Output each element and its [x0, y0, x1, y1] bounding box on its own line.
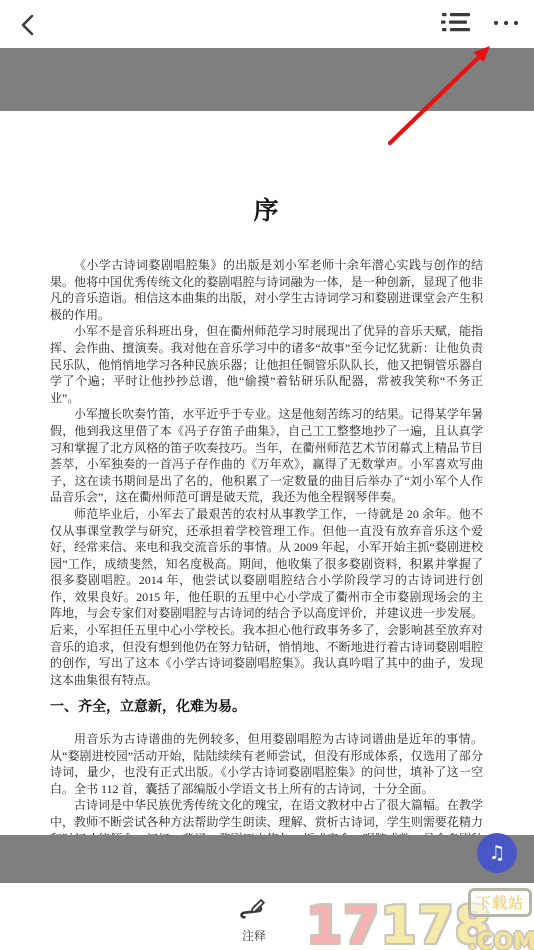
paragraph: 《小学古诗词婺剧唱腔集》的出版是刘小军老师十余年潜心实践与创作的结果。他将中国优…: [50, 257, 483, 323]
watermark-numbers: 17178: [306, 900, 492, 950]
music-note-icon: ♫: [488, 844, 505, 863]
document-page[interactable]: 序 《小学古诗词婺剧唱腔集》的出版是刘小军老师十余年潜心实践与创作的结果。他将中…: [0, 111, 534, 835]
paragraph: 古诗词是中华民族优秀传统文化的瑰宝，在语文教材中占了很大篇幅。在教学中，教师不断…: [50, 797, 483, 835]
contents-button[interactable]: [440, 8, 472, 40]
top-toolbar: [0, 0, 534, 48]
list-icon: [441, 10, 471, 39]
pen-signature-icon: [239, 908, 269, 925]
page-margin-top: [0, 48, 534, 111]
watermark-17178: 17178 下载站 .COM: [300, 886, 534, 950]
back-button[interactable]: [18, 13, 42, 37]
annotate-label: 注释: [229, 927, 279, 944]
document-body: 《小学古诗词婺剧唱腔集》的出版是刘小军老师十余年潜心实践与创作的结果。他将中国优…: [50, 257, 483, 835]
paragraph: 用音乐为古诗谱曲的先例较多，但用婺剧唱腔为古诗词谱曲是近年的事情。从“婺剧进校园…: [50, 731, 483, 797]
paragraph: 小军不是音乐科班出身，但在衢州师范学习时展现出了优异的音乐天赋，能指挥、会作曲、…: [50, 323, 483, 406]
bottom-toolbar: 注释 17178 下载站 .COM: [0, 883, 534, 950]
watermark-number-pink: 17: [306, 896, 380, 950]
document-title: 序: [0, 191, 534, 227]
more-menu-button[interactable]: [490, 8, 522, 40]
topbar-actions: [440, 0, 522, 48]
watermark-badge: 下载站: [468, 888, 532, 917]
ellipsis-icon: [492, 15, 520, 33]
reader-screen: 序 《小学古诗词婺剧唱腔集》的出版是刘小军老师十余年潜心实践与创作的结果。他将中…: [0, 0, 534, 950]
chevron-left-icon: [18, 24, 42, 41]
play-music-button[interactable]: ♫: [477, 833, 517, 873]
watermark-number-yellow: 178: [380, 896, 492, 950]
page-margin-bottom: [0, 835, 534, 883]
paragraph: 师范毕业后，小军去了最艰苦的农村从事教学工作，一待就是 20 余年。他不仅从事课…: [50, 506, 483, 689]
watermark-suffix: .COM: [468, 931, 534, 950]
annotate-button[interactable]: 注释: [229, 891, 279, 944]
paragraph: 小军擅长吹奏竹笛，水平近乎于专业。这是他刻苦练习的结果。记得某学年暑假，他到我这…: [50, 406, 483, 506]
section-heading: 一、齐全，立意新，化难为易。: [50, 700, 483, 717]
